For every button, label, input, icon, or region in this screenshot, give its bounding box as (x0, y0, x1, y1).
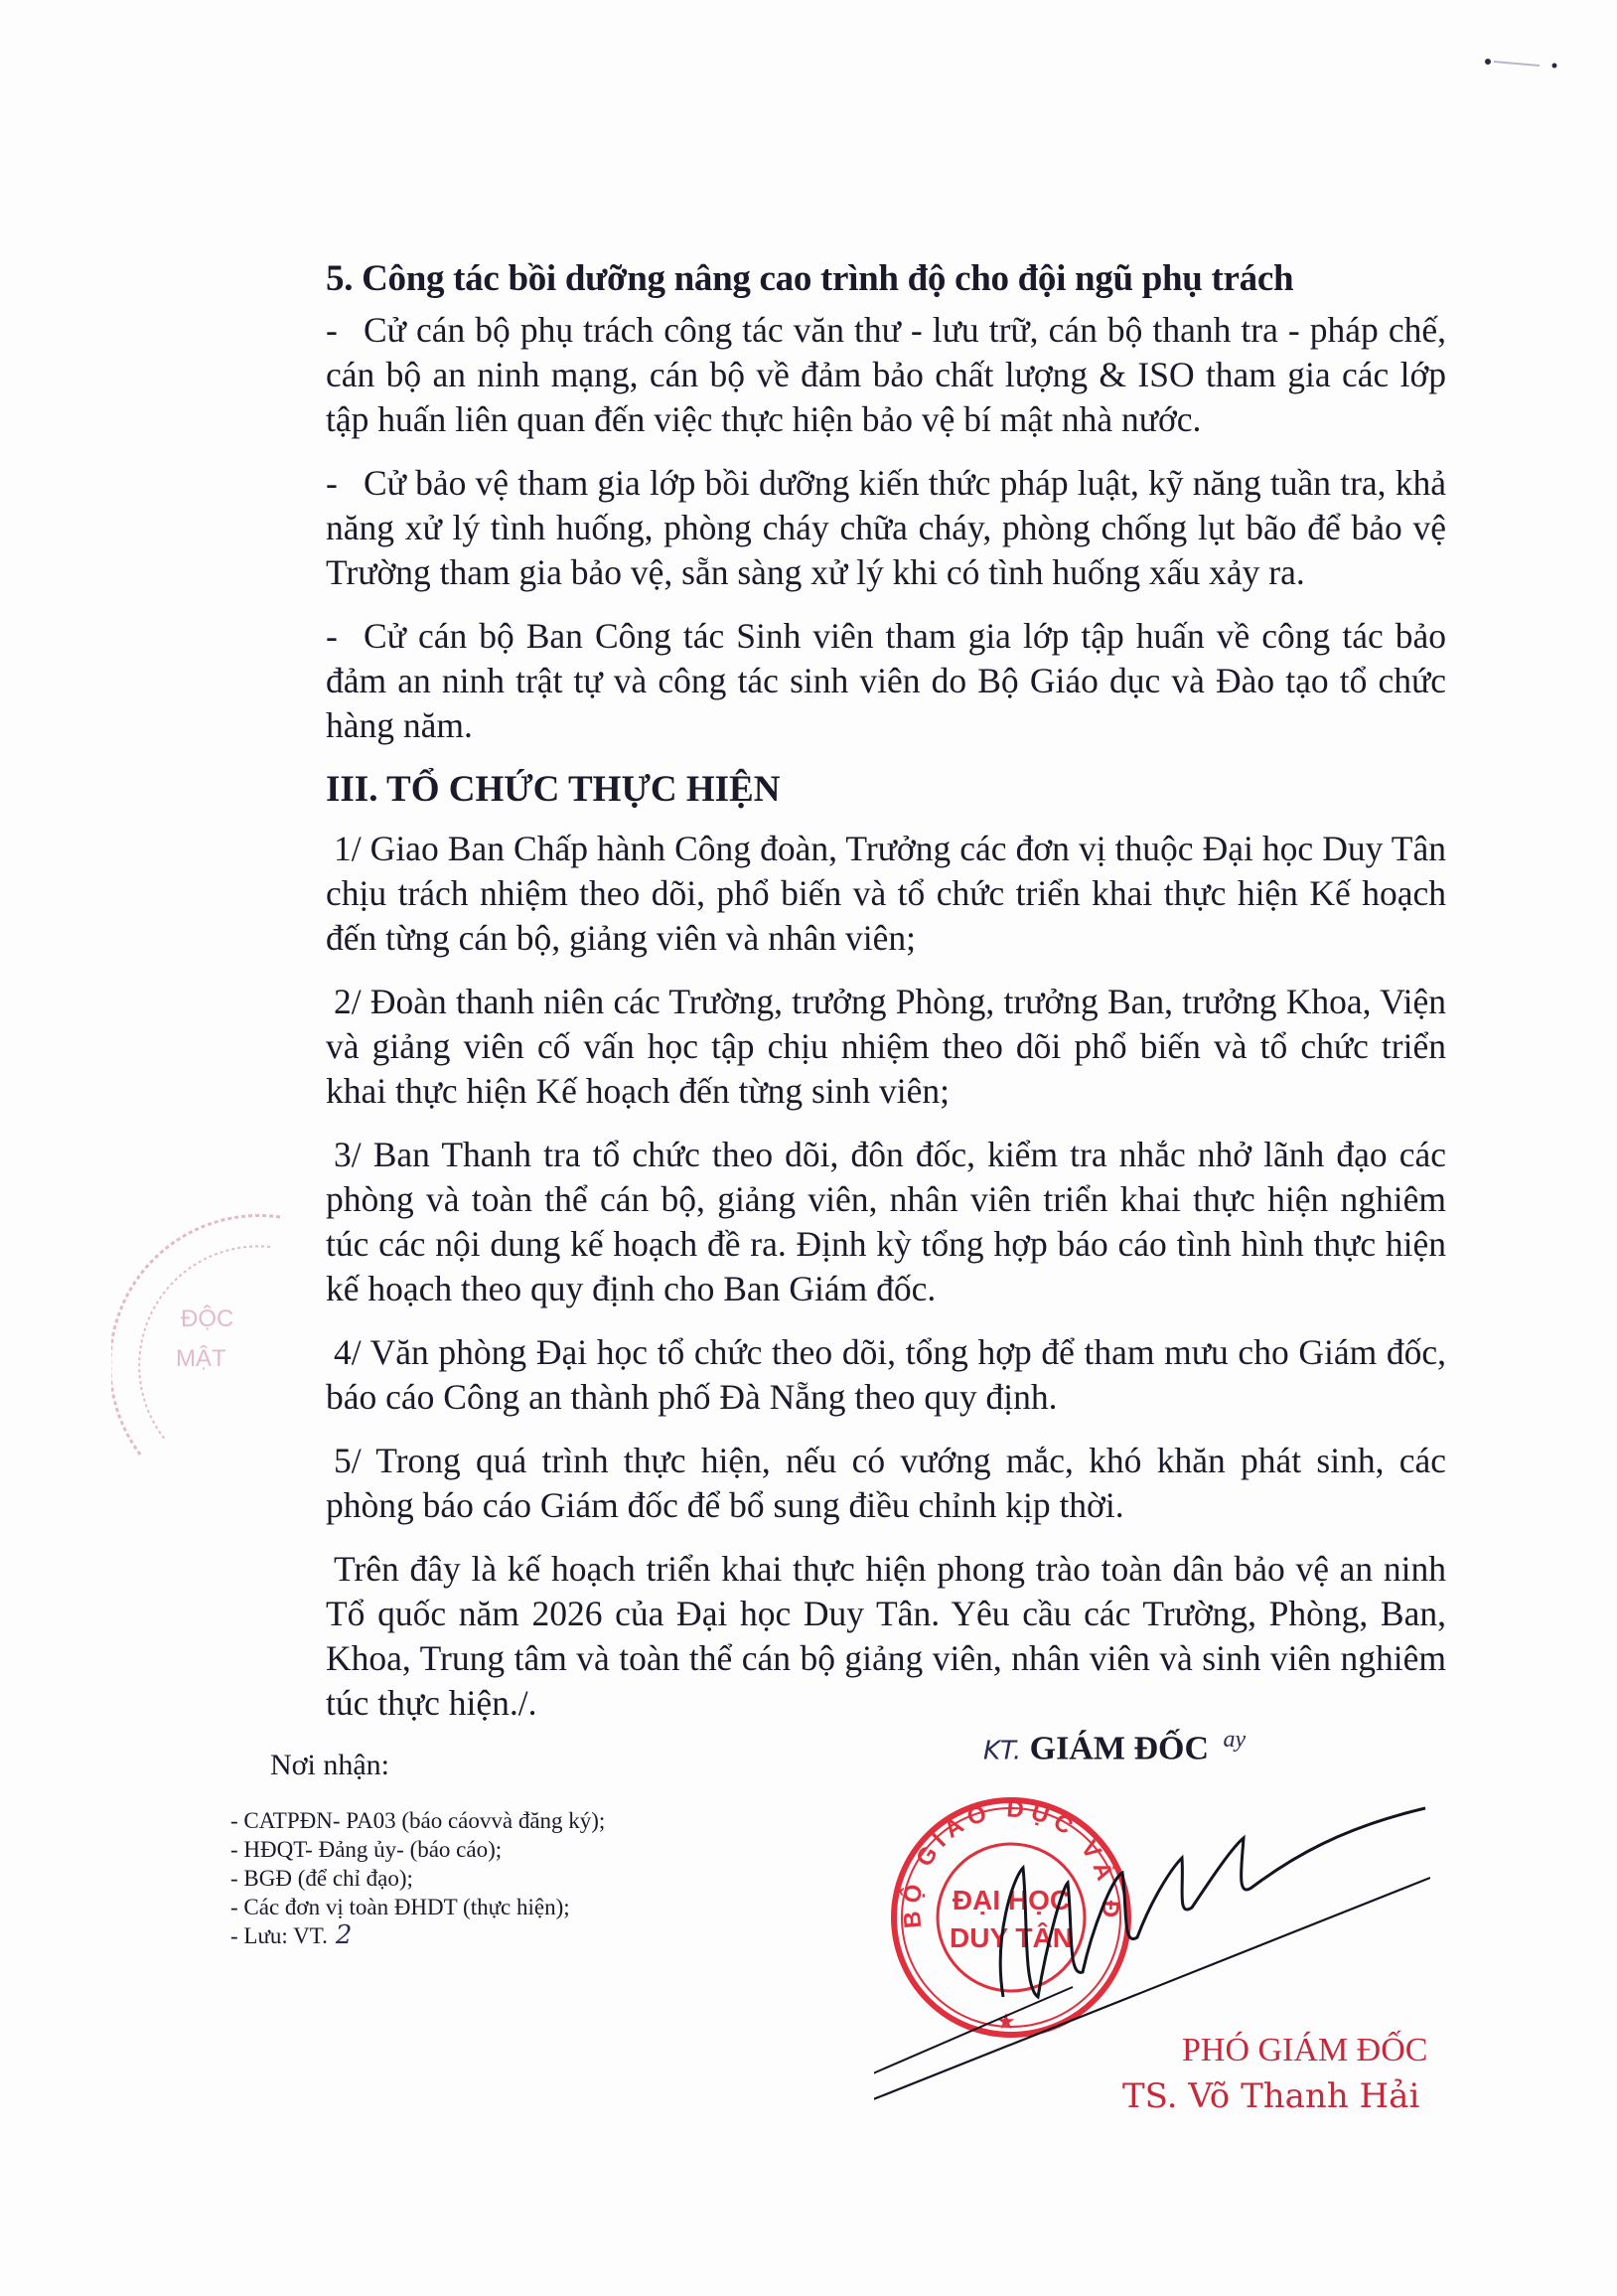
bullet-dash: - (326, 308, 364, 353)
handwritten-initial: 2 (336, 1920, 353, 1950)
recipients-title: Nơi nhận: (270, 1747, 787, 1784)
document-page: ĐỘC MẬT 5. Công tác bồi dưỡng nâng cao t… (0, 0, 1617, 2296)
section-5-heading: 5. Công tác bồi dưỡng nâng cao trình độ … (326, 256, 1446, 302)
faint-stamp-partial: ĐỘC MẬT (111, 1207, 290, 1465)
bullet-dash: - (326, 461, 364, 506)
recipient-item: - HĐQT- Đảng ủy- (báo cáo); (230, 1835, 787, 1864)
handwritten-note: ay (1224, 1727, 1247, 1753)
section-5-bullet: -Cử cán bộ Ban Công tác Sinh viên tham g… (326, 614, 1446, 748)
recipients-block: Nơi nhận: - CATPĐN- PA03 (báo cáovvà đăn… (230, 1747, 787, 1950)
signature-block: KT. GIÁM ĐỐC ay BỘ GIÁO DỤC VÀ ĐÀO TẠO Đ… (874, 1699, 1430, 2136)
faint-stamp-text-1: ĐỘC (181, 1304, 233, 1332)
section-iii-heading: III. TỔ CHỨC THỰC HIỆN (326, 767, 1446, 813)
bullet-text: Cử bảo vệ tham gia lớp bồi dưỡng kiến th… (326, 463, 1446, 592)
bullet-dash: - (326, 614, 364, 659)
implementation-item: 1/ Giao Ban Chấp hành Công đoàn, Trưởng … (326, 827, 1446, 961)
recipient-item: - Lưu: VT.2 (230, 1921, 787, 1950)
recipient-item: - BGĐ (để chỉ đạo); (230, 1864, 787, 1893)
implementation-item: 5/ Trong quá trình thực hiện, nếu có vướ… (326, 1439, 1446, 1528)
signer-name: TS. Võ Thanh Hải (1122, 2076, 1419, 2116)
implementation-item: 2/ Đoàn thanh niên các Trường, trưởng Ph… (326, 980, 1446, 1114)
recipient-archive: - Lưu: VT. (230, 1923, 328, 1948)
faint-stamp-text-2: MẬT (176, 1345, 226, 1372)
recipient-item: - CATPĐN- PA03 (báo cáovvà đăng ký); (230, 1806, 787, 1835)
section-5-bullet: -Cử bảo vệ tham gia lớp bồi dưỡng kiến t… (326, 461, 1446, 595)
implementation-item: 4/ Văn phòng Đại học tổ chức theo dõi, t… (326, 1330, 1446, 1420)
section-5-bullet: -Cử cán bộ phụ trách công tác văn thư - … (326, 308, 1446, 442)
bullet-text: Cử cán bộ Ban Công tác Sinh viên tham gi… (326, 616, 1446, 745)
implementation-item: 3/ Ban Thanh tra tổ chức theo dõi, đôn đ… (326, 1133, 1446, 1311)
recipient-item: - Các đơn vị toàn ĐHDT (thực hiện); (230, 1893, 787, 1921)
bullet-text: Cử cán bộ phụ trách công tác văn thư - l… (326, 310, 1446, 439)
document-body: 5. Công tác bồi dưỡng nâng cao trình độ … (326, 256, 1446, 1745)
signer-role: PHÓ GIÁM ĐỐC (1182, 2032, 1427, 2069)
recipients-list: - CATPĐN- PA03 (báo cáovvà đăng ký); - H… (230, 1806, 787, 1950)
scan-artifact-marks (1480, 50, 1599, 79)
